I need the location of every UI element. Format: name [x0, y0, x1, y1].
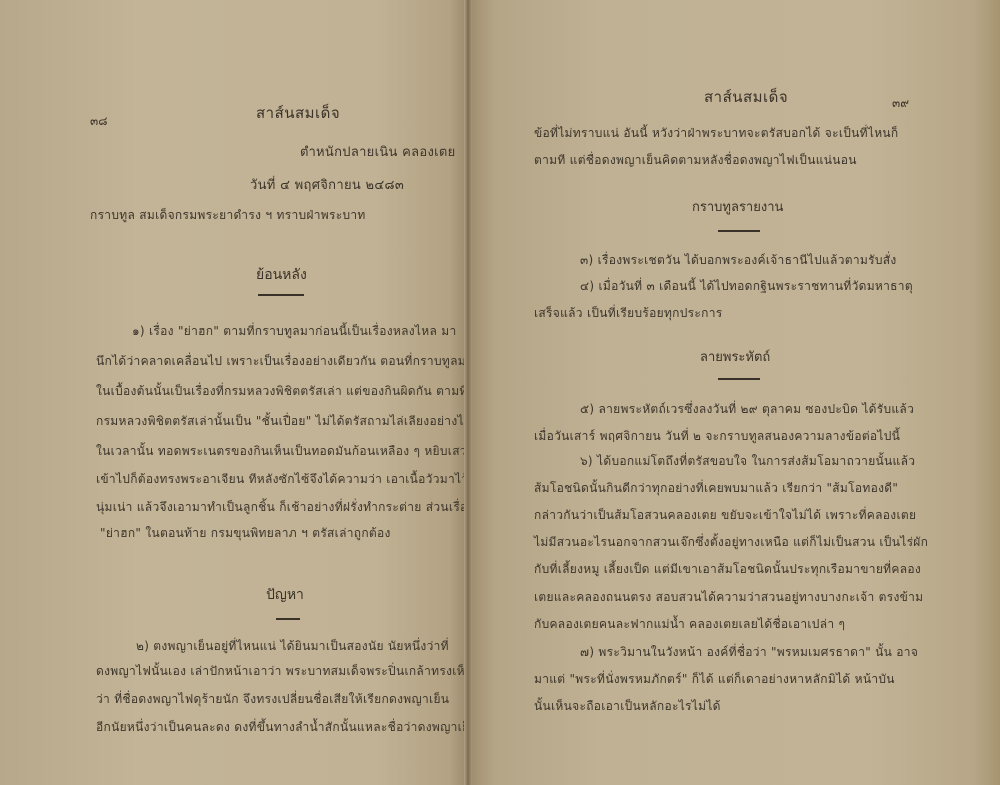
running-head: สาส์นสมเด็จ	[256, 101, 340, 125]
text-line: ๑) เรื่อง "ย่าฮก" ตามที่กราบทูลมาก่อนนี้…	[132, 322, 456, 341]
heading-rule	[258, 294, 304, 296]
text-line: กับที่เลี้ยงหมู เลี้ยงเป็ด แต่มีเขาเอาส้…	[534, 560, 921, 579]
text-line: เมื่อวันเสาร์ พฤศจิกายน วันที่ ๒ จะกราบท…	[534, 427, 900, 446]
text-line: ว่า ที่ชื่อดงพญาไฟดุร้ายนัก จึงทรงเปลี่ย…	[96, 690, 449, 709]
text-line: ในเบื้องต้นนั้นเป็นเรื่องที่กรมหลวงพิชิต…	[96, 382, 468, 401]
sender-location: ตำหนักปลายเนิน คลองเตย	[300, 141, 456, 162]
text-line: ๗) พระวิมานในวังหน้า องค์ที่ชื่อว่า "พรห…	[580, 643, 918, 662]
text-line: "ย่าฮก" ในตอนท้าย กรมขุนพิทยลาภ ฯ ตรัสเล…	[100, 524, 391, 543]
heading-rule	[718, 378, 760, 380]
left-page: ๓๘ สาส์นสมเด็จ ตำหนักปลายเนิน คลองเตย วั…	[0, 0, 468, 785]
book-gutter	[464, 0, 472, 785]
heading-rule	[276, 618, 300, 620]
section-heading: ย้อนหลัง	[256, 264, 307, 286]
text-line: ๕) ลายพระหัตถ์เวรซึ่งลงวันที่ ๒๙ ตุลาคม …	[580, 400, 914, 419]
text-line: นั้นเห็นจะถือเอาเป็นหลักอะไรไม่ได้	[534, 697, 721, 716]
text-line: ๖) ได้บอกแม่โตถึงที่ตรัสขอบใจ ในการส่งส้…	[580, 452, 915, 471]
text-line: ตามที แต่ชื่อดงพญาเย็นคิดตามหลังชื่อดงพญ…	[534, 151, 857, 170]
section-heading: ปัญหา	[266, 584, 304, 606]
text-line: กล่าวกันว่าเป็นส้มโอสวนคลองเตย ขยับจะเข้…	[534, 506, 916, 525]
text-line: ๒) ตงพญาเย็นอยู่ที่ไหนแน่ ได้ยินมาเป็นสอ…	[136, 637, 449, 656]
text-line: นึกได้ว่าคลาดเคลื่อนไป เพราะเป็นเรื่องอย…	[96, 352, 468, 371]
text-line: กับคลองเตยคนละฟากแม่น้ำ คลองเตยเลยได้ชื่…	[534, 615, 845, 634]
right-page: สาส์นสมเด็จ ๓๙ ข้อที่ไม่ทราบแน่ อันนี้ ห…	[468, 0, 1000, 785]
running-head: สาส์นสมเด็จ	[704, 85, 788, 109]
text-line: ดงพญาไฟนั้นเอง เล่าปักหน้าเอาว่า พระบาทส…	[96, 662, 468, 681]
text-line: นุ่มเน่า แล้วจึงเอามาทำเป็นลูกชิ้น ก็เช้…	[96, 498, 468, 517]
book-spread: ๓๘ สาส์นสมเด็จ ตำหนักปลายเนิน คลองเตย วั…	[0, 0, 1000, 785]
text-line: เตยและคลองถนนตรง สอบสวนได้ความว่าสวนอยู่…	[534, 588, 923, 607]
letter-date: วันที่ ๔ พฤศจิกายน ๒๔๘๓	[250, 174, 404, 195]
text-line: ข้อที่ไม่ทราบแน่ อันนี้ หวังว่าฝ่าพระบาท…	[534, 124, 898, 143]
text-line: อีกนัยหนึ่งว่าเป็นคนละดง ดงที่ขึ้นทางลำน…	[96, 718, 468, 737]
heading-rule	[718, 230, 760, 232]
page-number: ๓๘	[90, 112, 107, 131]
text-line: กรมหลวงพิชิตตรัสเล่านั้นเป็น "ชั้นเปื่อย…	[96, 412, 468, 431]
text-line: เสร็จแล้ว เป็นที่เรียบร้อยทุกประการ	[534, 304, 723, 323]
section-heading: ลายพระหัตถ์	[700, 346, 770, 367]
section-heading: กราบทูลรายงาน	[692, 196, 783, 217]
text-line: ๔) เมื่อวันที่ ๓ เดือนนี้ ได้ไปทอดกฐินพร…	[580, 277, 913, 296]
text-line: ส้มโอชนิดนั้นกินดีกว่าทุกอย่างที่เคยพบมา…	[534, 479, 898, 498]
text-line: เข้าไปก็ต้องทรงพระอาเจียน ทีหลังซักไซ้จึ…	[96, 470, 468, 489]
text-line: ในเวลานั้น ทอดพระเนตรของกินเห็นเป็นทอดมั…	[96, 442, 468, 461]
text-line: ไม่มีสวนอะไรนอกจากสวนเจ๊กซึ่งตั้งอยู่ทาง…	[534, 533, 928, 552]
text-line: ๓) เรื่องพระเชตวัน ได้บอกพระองค์เจ้าธานี…	[580, 251, 897, 270]
text-line: มาแต่ "พระที่นั่งพรหมภักตร์" ก็ได้ แต่ก็…	[534, 670, 895, 689]
salutation: กราบทูล สมเด็จกรมพระยาดำรง ฯ ทราบฝ่าพระบ…	[90, 206, 366, 225]
page-number: ๓๙	[892, 94, 909, 113]
